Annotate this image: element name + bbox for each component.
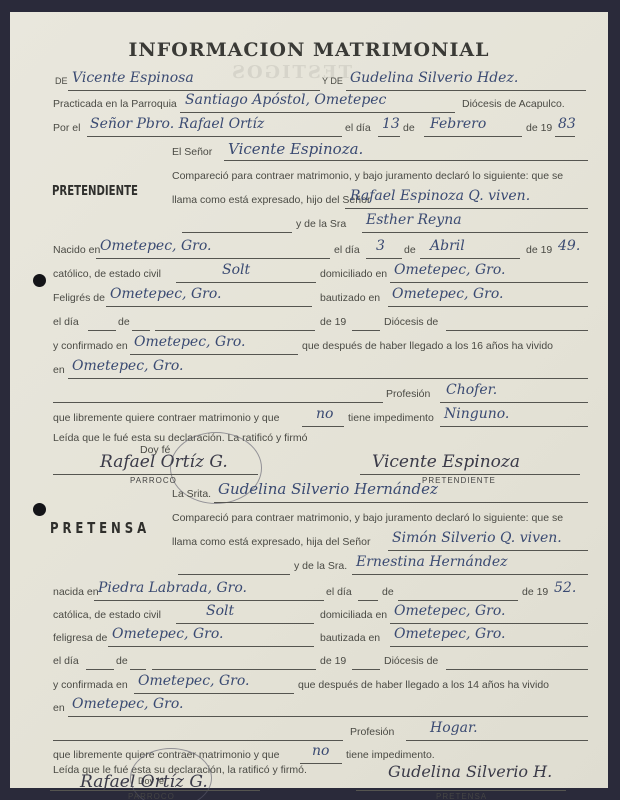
- pretensa-no-value: no: [312, 743, 329, 759]
- bride-name-line: [346, 90, 586, 91]
- parroco-caption: PARROCO: [130, 476, 177, 485]
- bautizado-label: bautizado en: [320, 292, 380, 304]
- diocesis-row: Diócesis de: [384, 316, 438, 328]
- nacida-value: Piedra Labrada, Gro.: [98, 580, 247, 596]
- por-el-label: Por el: [53, 122, 80, 134]
- year-line: [555, 136, 575, 137]
- pretensa-line1: Compareció para contraer matrimonio, y b…: [172, 512, 563, 524]
- pretensa-caption: PRETENSA: [436, 792, 487, 800]
- nacido-line: [96, 258, 330, 259]
- year-value: 83: [558, 116, 576, 132]
- profesion-line: [440, 402, 588, 403]
- bautizada-label: bautizada en: [320, 632, 380, 644]
- pretensa-impedimento-label: tiene impedimento.: [346, 749, 435, 761]
- father-name: Rafael Espinoza Q. viven.: [350, 188, 530, 204]
- pretensa-profesion-label: Profesión: [350, 726, 394, 738]
- nacido-value: Ometepec, Gro.: [100, 238, 211, 254]
- birth-month: Abril: [430, 238, 465, 254]
- civil-label: católico, de estado civil: [53, 268, 161, 280]
- bautizado-value: Ometepec, Gro.: [392, 286, 503, 302]
- birth-year: 49.: [558, 238, 580, 254]
- month-line: [424, 136, 522, 137]
- confirmado-line: [130, 354, 298, 355]
- civil-value: Solt: [222, 262, 250, 278]
- de-label: DE: [55, 76, 68, 86]
- bautizada-value: Ometepec, Gro.: [394, 626, 505, 642]
- birth-day-line: [366, 258, 402, 259]
- impedimento-value: Ninguno.: [444, 406, 509, 422]
- document-page: TESTIGOS INFORMACION MATRIMONIAL DE Vice…: [10, 12, 608, 788]
- pretendiente-line2: llama como está expresado, hijo del Seño…: [172, 194, 370, 206]
- pretensa-profesion-value: Hogar.: [430, 720, 478, 736]
- day-value: 13: [382, 116, 400, 132]
- birth-month-line: [420, 258, 520, 259]
- y-de-label: Y DE: [322, 76, 343, 86]
- pretensa-domicilio-label: domiciliada en: [320, 609, 387, 621]
- bautizado-line: [388, 306, 588, 307]
- feligres-line: [106, 306, 312, 307]
- nacido-year-prefix: de 19: [526, 244, 552, 256]
- domicilio-value: Ometepec, Gro.: [394, 262, 505, 278]
- mother-pre-line: [182, 232, 292, 233]
- nacida-year-prefix: de 19: [522, 586, 548, 598]
- pretendiente-line1: Compareció para contraer matrimonio, y b…: [172, 170, 563, 182]
- document-title: INFORMACION MATRIMONIAL: [10, 39, 608, 61]
- pretensa-de19-row: de 19: [320, 655, 346, 667]
- no-value: no: [316, 406, 333, 422]
- pretensa-heading: PRETENSA: [50, 519, 150, 537]
- despues-text: que después de haber llegado a los 16 añ…: [302, 340, 553, 352]
- el-dia-row: el día: [53, 316, 79, 328]
- feligresa-value: Ometepec, Gro.: [112, 626, 223, 642]
- groom-name-line: [68, 90, 320, 91]
- domicilio-line: [390, 282, 588, 283]
- senor-value: Vicente Espinoza.: [228, 140, 363, 158]
- pretensa-line2: llama como está expresado, hija del Seño…: [172, 536, 370, 548]
- feligres-label: Feligrés de: [53, 292, 105, 304]
- profesion-label: Profesión: [386, 388, 430, 400]
- nacido-label: Nacido en: [53, 244, 100, 256]
- senor-line: [224, 160, 588, 161]
- pretensa-mother-label: y de la Sra.: [294, 560, 347, 572]
- confirmado-label: y confirmado en: [53, 340, 128, 352]
- de19-row: de 19: [320, 316, 346, 328]
- el-dia-label: el día: [345, 122, 371, 134]
- pretensa-signature: Gudelina Silverio H.: [388, 762, 552, 781]
- por-el-line: [87, 136, 342, 137]
- confirmada-value: Ometepec, Gro.: [138, 673, 249, 689]
- pretensa-civil-value: Solt: [206, 603, 234, 619]
- srita-label: La Srita.: [172, 488, 211, 500]
- pretendiente-heading: PRETENDIENTE: [52, 184, 138, 199]
- pretensa-en-label: en: [53, 702, 65, 714]
- groom-name: Vicente Espinosa: [72, 70, 194, 86]
- vivido-value: Ometepec, Gro.: [72, 358, 183, 374]
- libremente-text: que libremente quiere contraer matrimoni…: [53, 412, 279, 424]
- feligres-value: Ometepec, Gro.: [110, 286, 221, 302]
- pretensa-birth-year: 52.: [554, 580, 576, 596]
- srita-value: Gudelina Silverio Hernández: [218, 480, 438, 498]
- pretensa-diocesis-row: Diócesis de: [384, 655, 438, 667]
- nacida-label: nacida en: [53, 586, 99, 598]
- nacida-de: de: [382, 586, 394, 598]
- vivido-line: [68, 378, 588, 379]
- nacida-el-dia: el día: [326, 586, 352, 598]
- mother-line: [362, 232, 588, 233]
- profesion-value: Chofer.: [446, 382, 497, 398]
- bride-name: Gudelina Silverio Hdez.: [350, 70, 518, 86]
- confirmado-value: Ometepec, Gro.: [134, 334, 245, 350]
- pretendiente-signature: Vicente Espinoza: [372, 452, 520, 472]
- month-value: Febrero: [430, 116, 486, 132]
- pretensa-parroco-caption: PARROCO: [128, 792, 175, 800]
- pretensa-el-dia-row: el día: [53, 655, 79, 667]
- pretensa-father: Simón Silverio Q. viven.: [392, 530, 562, 546]
- de-label-2: de: [403, 122, 415, 134]
- de-row: de: [118, 316, 130, 328]
- pretensa-domicilio-value: Ometepec, Gro.: [394, 603, 505, 619]
- mother-name: Esther Reyna: [366, 212, 462, 228]
- pretensa-civil-label: católica, de estado civil: [53, 609, 161, 621]
- parroquia-label: Practicada en la Parroquia: [53, 98, 177, 110]
- parroquia-line: [180, 112, 455, 113]
- birth-day: 3: [376, 238, 385, 254]
- year-prefix: de 19: [526, 122, 552, 134]
- pretensa-vivido-value: Ometepec, Gro.: [72, 696, 183, 712]
- day-line: [378, 136, 400, 137]
- nacido-de: de: [404, 244, 416, 256]
- mother-label: y de la Sra: [296, 218, 346, 230]
- pretensa-mother: Ernestina Hernández: [356, 554, 508, 570]
- nacido-el-dia: el día: [334, 244, 360, 256]
- pretensa-de-row: de: [116, 655, 128, 667]
- senor-label: El Señor: [172, 146, 212, 158]
- leida-text: Leída que le fué esta su declaración. La…: [53, 432, 307, 444]
- confirmada-label: y confirmada en: [53, 679, 128, 691]
- por-el-value: Señor Pbro. Rafael Ortíz: [90, 116, 264, 132]
- father-line: [345, 208, 588, 209]
- diocesis-text: Diócesis de Acapulco.: [462, 98, 565, 110]
- impedimento-label: tiene impedimento: [348, 412, 434, 424]
- punch-hole-top: [33, 274, 46, 287]
- en-label: en: [53, 364, 65, 376]
- feligresa-label: feligresa de: [53, 632, 107, 644]
- pretensa-despues-text: que después de haber llegado a los 14 añ…: [298, 679, 549, 691]
- civil-line: [176, 282, 316, 283]
- parroquia-value: Santiago Apóstol, Ometepec: [185, 92, 386, 108]
- punch-hole-bottom: [33, 503, 46, 516]
- domicilio-label: domiciliado en: [320, 268, 387, 280]
